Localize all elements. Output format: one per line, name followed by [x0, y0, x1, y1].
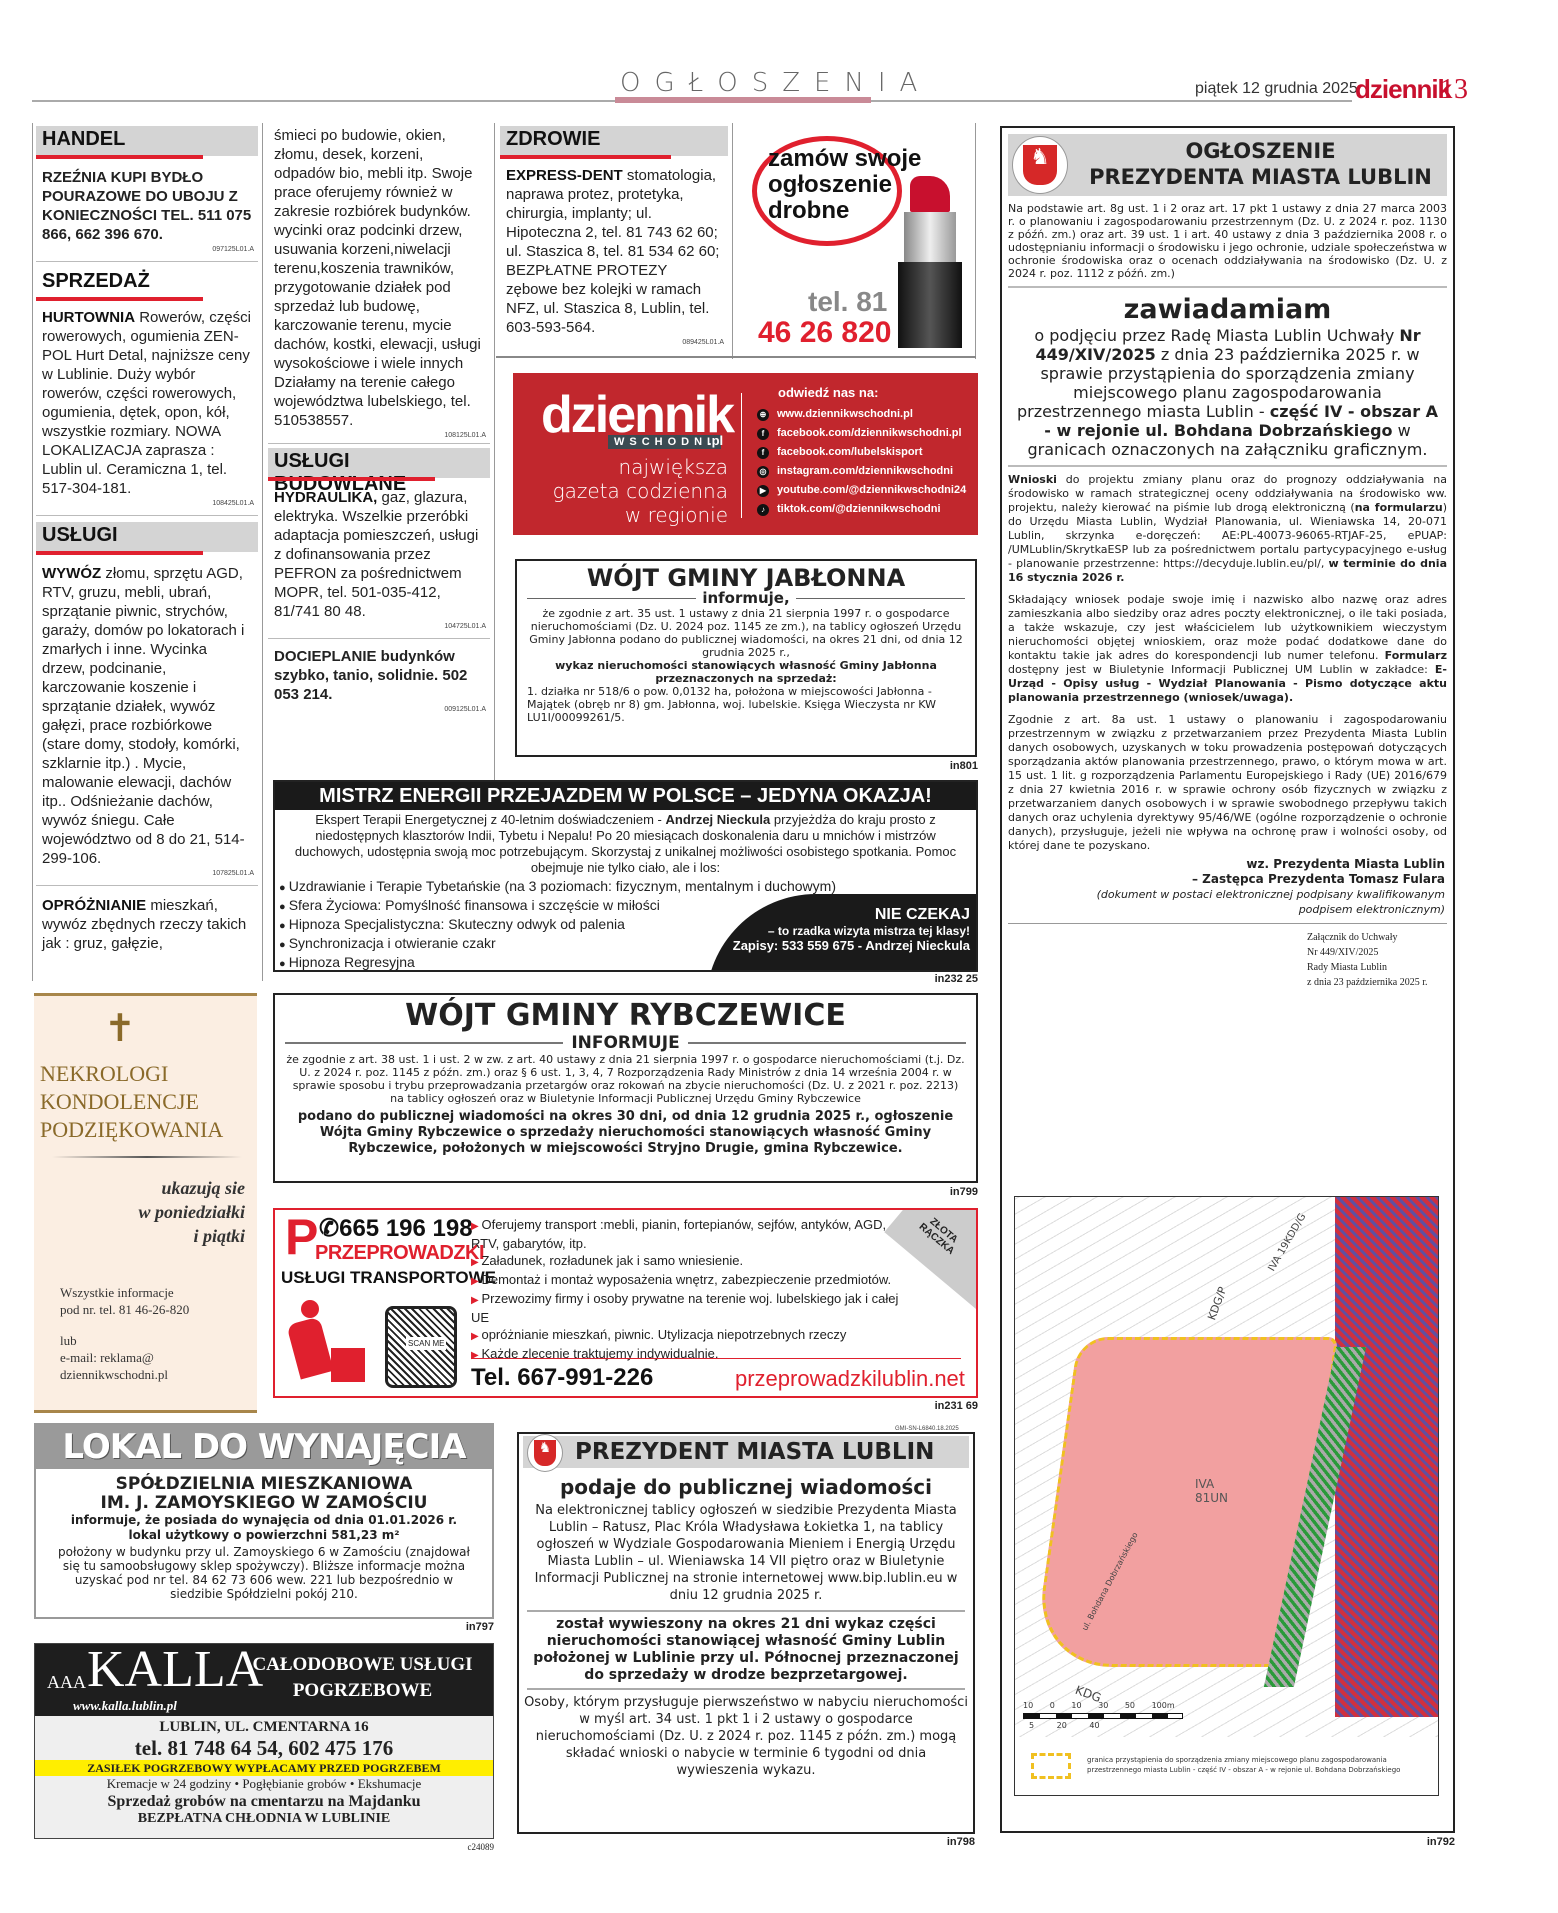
page-number: 13 — [1440, 74, 1468, 106]
cta-block: NIE CZEKAJ – to rzadka wizyta mistrza te… — [733, 906, 970, 953]
cross-icon: ✝ — [104, 1006, 136, 1051]
column-divider — [494, 123, 495, 783]
ad-title: MISTRZ ENERGII PRZEJAZDEM W POLSCE – JED… — [275, 782, 976, 810]
services-list: Oferujemy transport :mebli, pianin, fort… — [471, 1216, 901, 1364]
section-title: OGŁOSZENIA — [620, 68, 931, 98]
dziennik-tagline: największa gazeta codzienna w regionie — [523, 455, 728, 527]
facebook-icon: f — [757, 447, 769, 459]
ad-code: in231 69 — [900, 1400, 978, 1412]
visit-label: odwiedź nas na: — [778, 385, 878, 400]
ad-kalla: AAA KALLA www.kalla.lublin.pl CAŁODOBOWE… — [34, 1643, 494, 1839]
divider — [36, 261, 258, 262]
notice-title: WÓJT GMINY JABŁONNA — [527, 565, 965, 591]
ad-code: in232 25 — [900, 973, 978, 985]
social-link[interactable]: ▶youtube.com/@dziennikwschodni24 — [757, 481, 966, 500]
map-scale-labels: 10 0 10 30 50 100m — [1023, 1701, 1175, 1710]
kalla-address: LUBLIN, UL. CMENTARNA 16 — [35, 1716, 493, 1736]
notice-decision: o podjęciu przez Radę Miasta Lublin Uchw… — [1002, 326, 1453, 459]
logo-big-p: P — [285, 1212, 318, 1262]
banner-divider — [741, 393, 742, 518]
ad-nekrologi: ✝ NEKROLOGI KONDOLENCJE PODZIĘKOWANIA uk… — [34, 993, 257, 1413]
logo-line2: USŁUGI TRANSPORTOWE — [281, 1268, 496, 1288]
lublin-coat-of-arms-icon: ♞ — [1012, 136, 1068, 194]
youtube-icon: ▶ — [757, 485, 769, 497]
phone-icon: ✆ — [319, 1215, 339, 1242]
org-name: SPÓŁDZIELNIA MIESZKANIOWA IM. J. ZAMOYSK… — [36, 1475, 492, 1513]
column-divider — [732, 123, 733, 359]
ad-express-dent: EXPRESS-DENT stomatologia, naprawa prote… — [500, 166, 728, 337]
map-zone-label: IVA81UN — [1195, 1477, 1228, 1505]
notice-body: Na elektronicznej tablicy ogłoszeń w sie… — [519, 1500, 973, 1606]
lokal-info: informuje, że posiada do wynajęcia od dn… — [36, 1513, 492, 1543]
ad-lokal-do-wynajecia: LOKAL DO WYNAJĘCIA SPÓŁDZIELNIA MIESZKAN… — [34, 1423, 494, 1619]
ad-wywoz: WYWÓZ złomu, sprzętu AGD, RTV, gruzu, me… — [36, 564, 258, 868]
ad-code: in797 — [420, 1621, 494, 1633]
column-divider — [975, 123, 976, 359]
ad-continued: śmieci po budowie, okien, złomu, desek, … — [268, 126, 490, 430]
classifieds-column-1: HANDEL RZEŹNIA KUPI BYDŁO POURAZOWE DO U… — [36, 126, 258, 953]
contact-phone: Tel. 667-991-226 — [471, 1364, 653, 1392]
dziennik-social-banner[interactable]: dziennik WSCHODNI .pl największa gazeta … — [513, 373, 978, 535]
ad-hurtownia: HURTOWNIA Rowerów, części rowerowych, og… — [36, 308, 258, 498]
kalla-phone: tel. 81 748 64 54, 602 475 176 — [35, 1736, 493, 1760]
promo-order-ad[interactable]: zamów swoje ogłoszenie drobne tel. 81 46… — [738, 126, 972, 354]
bubble-text: zamów swoje ogłoszenie drobne — [768, 146, 921, 224]
social-link[interactable]: ◎instagram.com/dziennikwschodni — [757, 462, 966, 481]
dziennik-logo-suffix: .pl — [708, 433, 723, 448]
kalla-prefix: AAA — [47, 1672, 86, 1693]
notice-p3: Zgodnie z art. 8a ust. 1 ustawy o planow… — [1002, 713, 1453, 853]
ad-code: 097125L01.A — [36, 244, 258, 255]
map-scale-labels: 5 20 40 — [1029, 1721, 1100, 1730]
ad-title: LOKAL DO WYNAJĘCIA — [36, 1425, 492, 1469]
notice-prezydent-lublin: ♞ PREZYDENT MIASTA LUBLIN podaje do publ… — [517, 1432, 975, 1834]
notice-subtitle: INFORMUJE — [571, 1033, 679, 1053]
section-heading-uslugi: USŁUGI — [36, 522, 258, 552]
lipstick-icon — [910, 176, 950, 212]
social-links-list: ⊕www.dziennikwschodni.pl ffacebook.com/d… — [757, 405, 966, 519]
notice-p2: Składający wniosek podaje swoje imię i n… — [1002, 593, 1453, 705]
classifieds-column-2: śmieci po budowie, okien, złomu, desek, … — [268, 126, 490, 715]
ad-code: 108125L01.A — [268, 430, 490, 441]
notice-title: OGŁOSZENIE PREZYDENTA MIASTA LUBLIN — [1068, 138, 1453, 190]
section-heading-zdrowie: ZDROWIE — [500, 126, 728, 156]
legend-boundary-icon — [1031, 1753, 1071, 1779]
instagram-icon: ◎ — [757, 466, 769, 478]
notice-subtitle: informuje, — [702, 589, 789, 607]
map-scale-bar — [1023, 1713, 1183, 1719]
column-divider — [32, 123, 33, 981]
newspaper-logo: dziennik — [1355, 74, 1451, 105]
ad-code: 089425L01.A — [500, 337, 728, 348]
notice-jablonna: WÓJT GMINY JABŁONNA informuje, że zgodni… — [515, 559, 977, 757]
social-link[interactable]: ⊕www.dziennikwschodni.pl — [757, 405, 966, 424]
ad-code: 108425L01.A — [36, 498, 258, 509]
notice-bold: podano do publicznej wiadomości na okres… — [285, 1109, 966, 1157]
promo-tel-prefix: tel. 81 — [808, 286, 887, 318]
notice-prezydent-big: ♞ OGŁOSZENIE PREZYDENTA MIASTA LUBLIN Na… — [1000, 126, 1455, 1833]
column-divider — [262, 123, 263, 981]
notice-headline: zawiadamiam — [1002, 294, 1453, 326]
mover-icon — [285, 1300, 375, 1392]
social-link[interactable]: ffacebook.com/dziennikwschodni.pl — [757, 424, 966, 443]
notice-bold: wykaz nieruchomości stanowiących własnoś… — [527, 659, 965, 685]
section-heading-sprzedaz: SPRZEDAŻ — [36, 268, 258, 298]
ad-code: in792 — [1380, 1836, 1455, 1848]
notice-title: WÓJT GMINY RYBCZEWICE — [285, 999, 966, 1033]
ad-mistrz-energii: MISTRZ ENERGII PRZEJAZDEM W POLSCE – JED… — [273, 780, 978, 972]
divider — [268, 443, 490, 444]
ad-code: in798 — [900, 1836, 975, 1848]
ad-code: 009125L01.A — [268, 704, 490, 715]
kalla-highlight: ZASIŁEK POGRZEBOWY WYPŁACAMY PRZED POGRZ… — [35, 1760, 493, 1776]
ad-intro: Ekspert Terapii Energetycznej z 40-letni… — [275, 810, 976, 878]
notice-body: że zgodnie z art. 35 ust. 1 ustawy z dni… — [527, 607, 965, 659]
lipstick-icon — [904, 212, 956, 262]
globe-icon: ⊕ — [757, 409, 769, 421]
annex-label: Załącznik do Uchwały Nr 449/XIV/2025 Rad… — [1307, 930, 1453, 990]
notice-legal: Na podstawie art. 8g ust. 1 i 2 oraz art… — [1002, 202, 1453, 280]
divider — [36, 515, 258, 516]
notice-body2: Osoby, którym przysługuje pierwszeństwo … — [519, 1694, 973, 1779]
ad-code: 107825L01.A — [36, 868, 258, 879]
notice-bold: został wywieszony na okres 21 dni wykaz … — [519, 1616, 973, 1684]
section-heading-uslugi-budowlane: USŁUGI BUDOWLANE — [268, 448, 490, 478]
ad-docieplanie: DOCIEPLANIE budynków szybko, tanio, soli… — [268, 647, 490, 704]
kalla-url[interactable]: www.kalla.lublin.pl — [73, 1698, 177, 1714]
ad-rzeznia: RZEŹNIA KUPI BYDŁO POURAZOWE DO UBOJU Z … — [36, 168, 258, 244]
logo-line1: PRZEPROWADZKI — [315, 1242, 484, 1265]
divider — [496, 356, 976, 358]
ad-code: 104725L01.A — [268, 621, 490, 632]
ad-oproznianie: OPRÓŻNIANIE mieszkań, wywóz zbędnych rze… — [36, 896, 258, 953]
notice-p1: Wnioski do projektu zmiany planu oraz do… — [1002, 473, 1453, 585]
lublin-coat-of-arms-icon: ♞ — [527, 1434, 563, 1472]
promo-tel-number: 46 26 820 — [758, 316, 891, 350]
map-zone-striped — [1335, 1197, 1439, 1717]
ad-code: c24089 — [420, 1842, 494, 1852]
notice-item: 1. działka nr 518/6 o pow. 0,0132 ha, po… — [527, 685, 965, 724]
kalla-cold: BEZPŁATNA CHŁODNIA W LUBLINIE — [35, 1811, 493, 1827]
map-road-label: KDG/P — [1205, 1285, 1229, 1322]
kalla-service: CAŁODOBOWE USŁUGI POGRZEBOWE — [235, 1652, 490, 1704]
divider — [36, 885, 258, 886]
lokal-body: położony w budynku przy ul. Zamoyskiego … — [36, 1543, 492, 1603]
issue-date: piątek 12 grudnia 2025 — [1195, 80, 1358, 98]
notice-title: PREZYDENT MIASTA LUBLIN — [575, 1436, 934, 1468]
nekrologi-titles: NEKROLOGI KONDOLENCJE PODZIĘKOWANIA — [40, 1060, 223, 1144]
notice-subtitle: podaje do publicznej wiadomości — [519, 1474, 973, 1500]
qr-code[interactable]: SCAN ME — [385, 1306, 457, 1388]
ad-hydraulika: HYDRAULIKA, gaz, glazura, elektryka. Wsz… — [268, 488, 490, 621]
divider — [268, 638, 490, 639]
notice-signature: wz. Prezydenta Miasta Lublin – Zastępca … — [1002, 853, 1453, 917]
facebook-icon: f — [757, 428, 769, 440]
notice-rybczewice: WÓJT GMINY RYBCZEWICE INFORMUJE że zgodn… — [273, 993, 978, 1183]
phone-top: ✆665 196 198 — [319, 1214, 473, 1243]
social-link[interactable]: ffacebook.com/lubelskisport — [757, 443, 966, 462]
dziennik-logo-sub: WSCHODNI — [608, 435, 721, 449]
kalla-graves: Sprzedaż grobów na cmentarzu na Majdanku — [35, 1792, 493, 1811]
notice-body: że zgodnie z art. 38 ust. 1 i ust. 2 w z… — [285, 1053, 966, 1105]
classifieds-zdrowie: ZDROWIE EXPRESS-DENT stomatologia, napra… — [500, 126, 728, 348]
tiktok-icon: ♪ — [757, 504, 769, 516]
ad-przeprowadzki: P ✆665 196 198 PRZEPROWADZKI USŁUGI TRAN… — [273, 1208, 978, 1398]
map-road-label: IVA 19KDD/G — [1266, 1212, 1308, 1274]
ad-code: in799 — [900, 1186, 978, 1198]
kalla-services: Kremacje w 24 godziny • Pogłębianie grob… — [35, 1776, 493, 1792]
zoning-map: IVA81UN KDG/P KDG IVA 19KDD/G ul. Bohdan… — [1014, 1196, 1439, 1796]
contact-url[interactable]: przeprowadzkilublin.net — [735, 1366, 965, 1392]
ad-code: in801 — [900, 760, 978, 772]
nekrologi-schedule: ukazują sie w poniedziałki i piątki — [138, 1176, 245, 1248]
map-legend: granica przystąpienia do sporządzenia zm… — [1087, 1755, 1427, 1775]
lipstick-icon — [898, 262, 962, 348]
social-link[interactable]: ♪tiktok.com/@dziennikwschodni — [757, 500, 966, 519]
nekrologi-contact: Wszystkie informacje pod nr. tel. 81 46-… — [60, 1284, 189, 1383]
section-heading-handel: HANDEL — [36, 126, 258, 156]
